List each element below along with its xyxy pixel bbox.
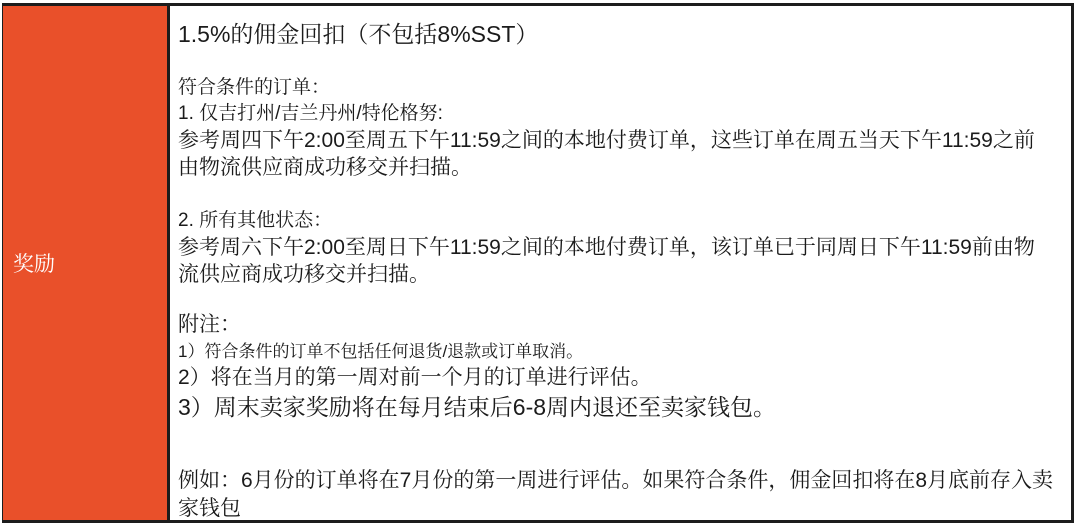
eligible-orders-heading: 符合条件的订单： [178,75,1055,101]
note-item: 3）周末卖家奖励将在每月结束后6-8周内退还至卖家钱包。 [178,392,1055,423]
eligible-case2-label: 2. 所有其他状态： [178,208,1055,234]
eligible-case2-body: 参考周六下午2:00至周日下午11:59之间的本地付费订单，该订单已于同周日下午… [178,234,1055,288]
reward-row-header-cell: 奖励 [3,6,170,520]
note-item: 1）符合条件的订单不包括任何退货/退款或订单取消。 [178,339,1055,364]
commission-rebate-title: 1.5%的佣金回扣（不包括8%SST） [178,19,1055,49]
rewards-table: 奖励 1.5%的佣金回扣（不包括8%SST） 符合条件的订单： 1. 仅吉打州/… [2,3,1074,523]
eligible-case1-body: 参考周四下午2:00至周五下午11:59之间的本地付费订单，这些订单在周五当天下… [178,127,1055,181]
reward-row-header-label: 奖励 [13,248,55,278]
reward-details-cell: 1.5%的佣金回扣（不包括8%SST） 符合条件的订单： 1. 仅吉打州/吉兰丹… [170,6,1071,520]
note-item: 2）将在当月的第一周对前一个月的订单进行评估。 [178,364,1055,392]
example-paragraph: 例如：6月份的订单将在7月份的第一周进行评估。如果符合条件，佣金回扣将在8月底前… [178,467,1055,520]
eligible-case1-label: 1. 仅吉打州/吉兰丹州/特伦格努: [178,101,1055,127]
notes-heading: 附注： [178,311,1055,339]
